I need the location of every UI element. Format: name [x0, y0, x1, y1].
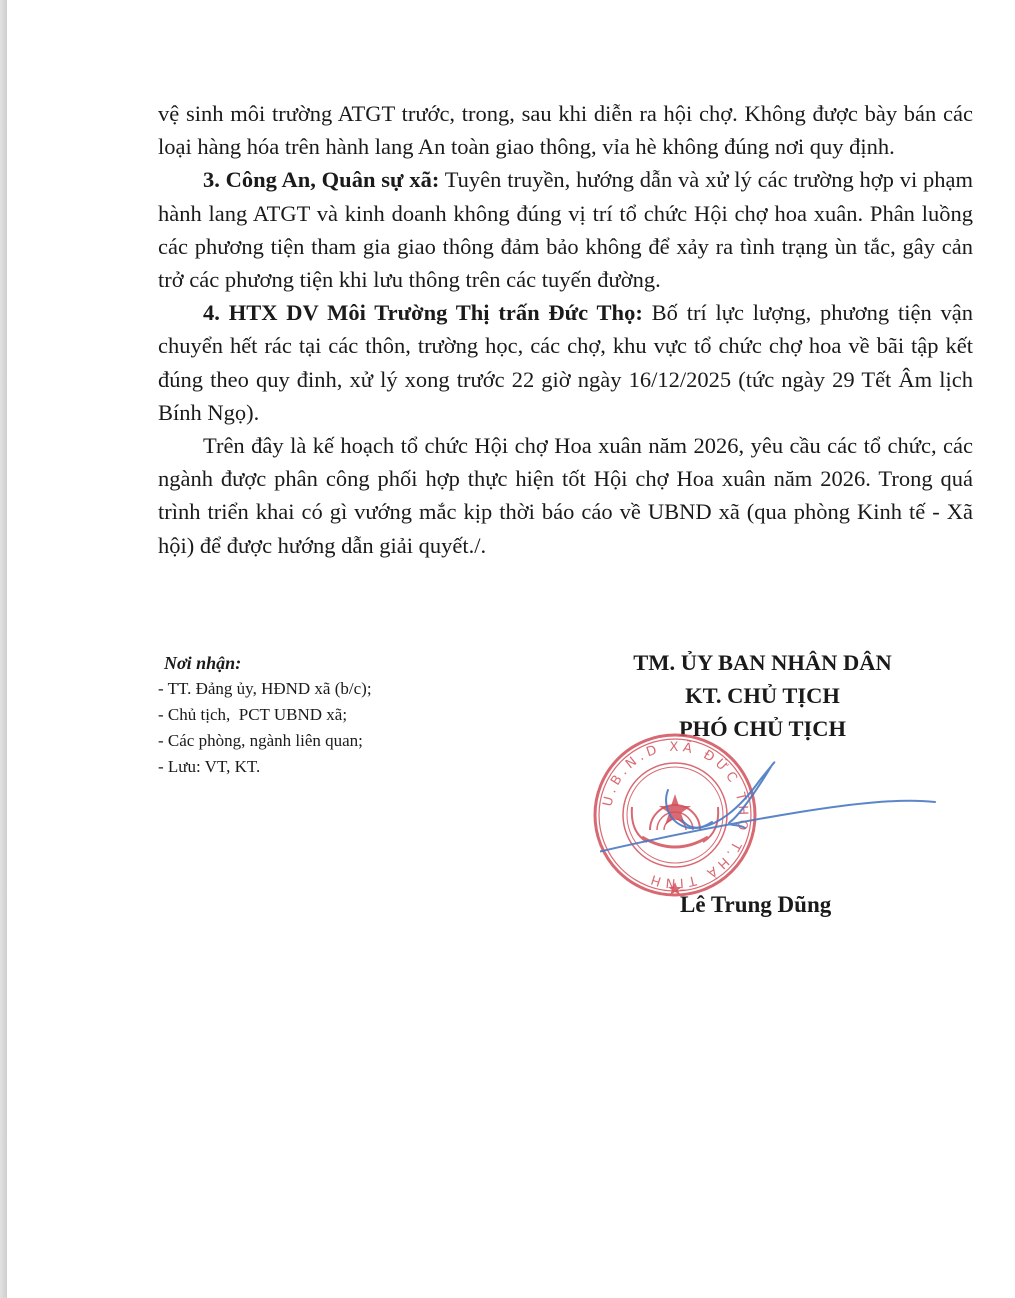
- handwritten-signature-icon: [600, 760, 960, 880]
- paragraph-text: Trên đây là kế hoạch tổ chức Hội chợ Hoa…: [158, 433, 973, 558]
- paragraph-conclusion: Trên đây là kế hoạch tổ chức Hội chợ Hoa…: [158, 429, 973, 562]
- document-body: vệ sinh môi trường ATGT trước, trong, sa…: [158, 97, 973, 562]
- signature-line-role: KT. CHỦ TỊCH: [590, 679, 935, 712]
- paragraph-lead: 4. HTX DV Môi Trường Thị trấn Đức Thọ:: [203, 300, 643, 325]
- recipient-item: - Lưu: VT, KT.: [158, 754, 488, 780]
- signer-name: Lê Trung Dũng: [680, 890, 831, 920]
- signature-line-org: TM. ỦY BAN NHÂN DÂN: [590, 646, 935, 679]
- paragraph-continuation: vệ sinh môi trường ATGT trước, trong, sa…: [158, 97, 973, 163]
- recipient-item: - Chủ tịch, PCT UBND xã;: [158, 702, 488, 728]
- recipient-item: - Các phòng, ngành liên quan;: [158, 728, 488, 754]
- paragraph-lead: 3. Công An, Quân sự xã:: [203, 167, 439, 192]
- paragraph-item-4: 4. HTX DV Môi Trường Thị trấn Đức Thọ: B…: [158, 296, 973, 429]
- paragraph-item-3: 3. Công An, Quân sự xã: Tuyên truyền, hư…: [158, 163, 973, 296]
- recipients-title: Nơi nhận:: [158, 650, 488, 676]
- viewer-left-edge: [0, 0, 7, 1298]
- paragraph-text: vệ sinh môi trường ATGT trước, trong, sa…: [158, 101, 973, 159]
- recipient-item: - TT. Đảng ủy, HĐND xã (b/c);: [158, 676, 488, 702]
- signature-title-block: TM. ỦY BAN NHÂN DÂN KT. CHỦ TỊCH PHÓ CHỦ…: [590, 646, 935, 745]
- recipients-block: Nơi nhận: - TT. Đảng ủy, HĐND xã (b/c); …: [158, 650, 488, 780]
